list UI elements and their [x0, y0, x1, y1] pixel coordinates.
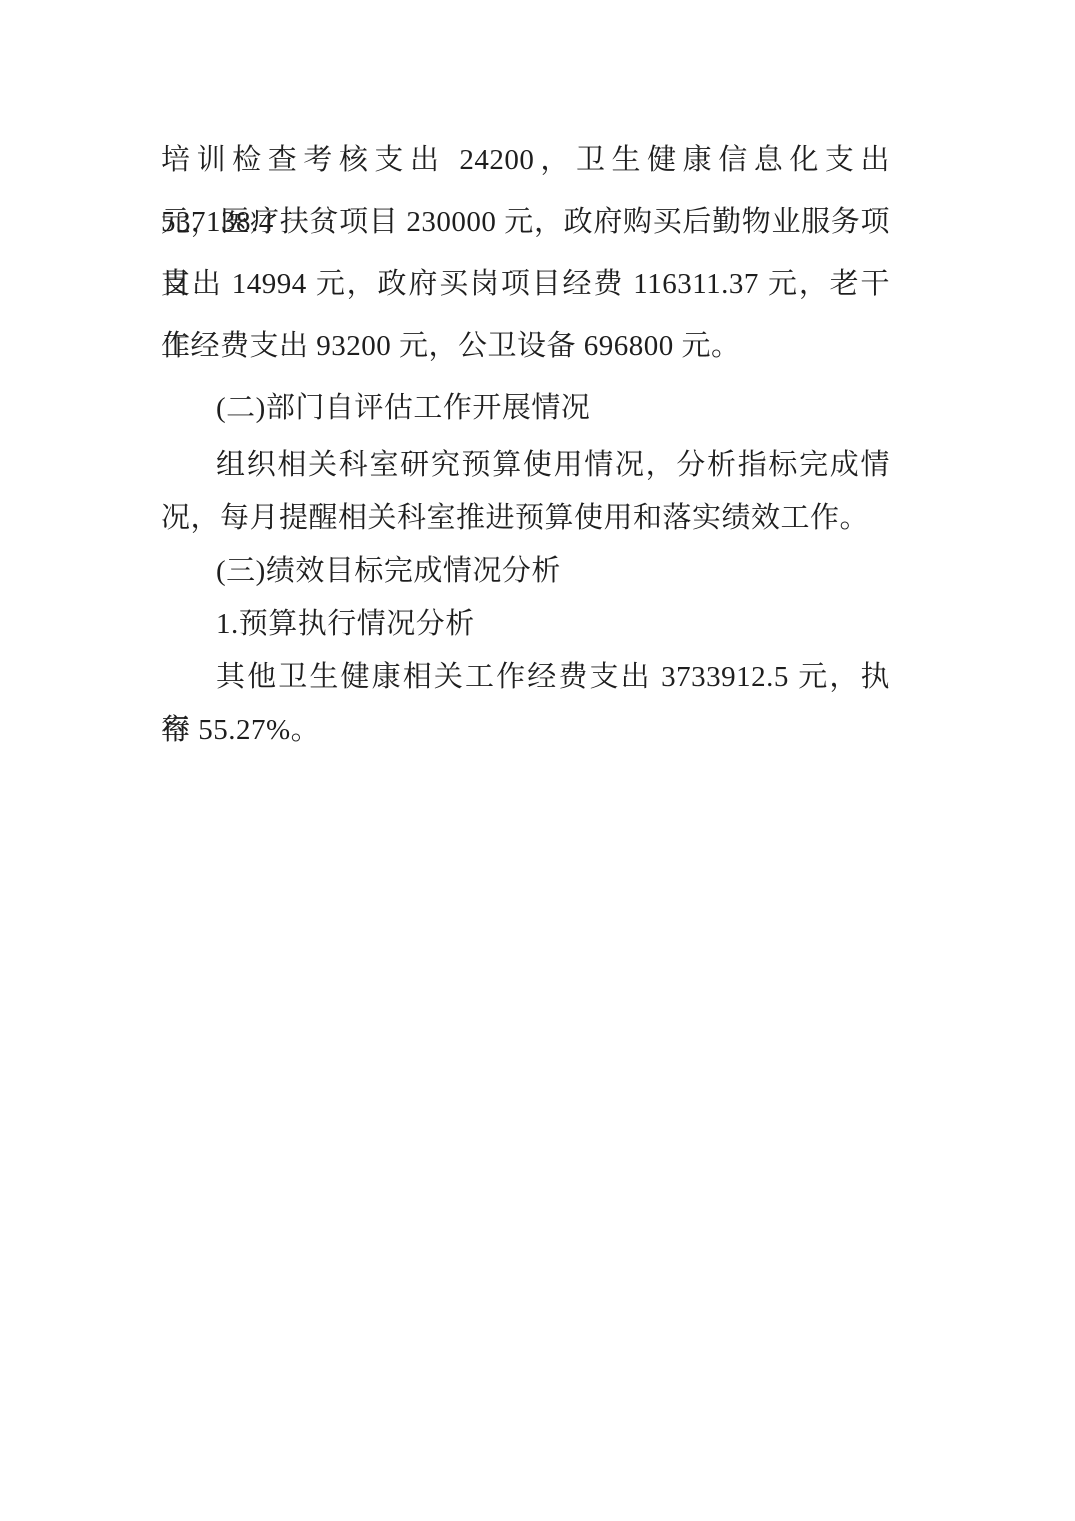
text-line: (二)部门自评估工作开展情况 — [161, 377, 890, 439]
paragraph-heading: (三)绩效目标完成情况分析 — [161, 545, 890, 598]
document-page: 培训检查考核支出 24200，卫生健康信息化支出 537138.4元，医疗扶贫项… — [0, 0, 1075, 1521]
text-line: 支出 14994 元，政府买岗项目经费 116311.37 元，老干工 — [161, 253, 890, 315]
paragraph-body: 其他卫生健康相关工作经费支出 3733912.5 元，执行率 55.27%。 — [161, 651, 890, 757]
text-line: 元，医疗扶贫项目 230000 元，政府购买后勤物业服务项目 — [161, 191, 890, 253]
paragraph-heading: (二)部门自评估工作开展情况 — [161, 377, 890, 439]
text-line: 1.预算执行情况分析 — [161, 598, 890, 651]
text-line: 其他卫生健康相关工作经费支出 3733912.5 元，执行 — [161, 651, 890, 704]
text-line: 组织相关科室研究预算使用情况，分析指标完成情 — [161, 439, 890, 492]
document-body: 培训检查考核支出 24200，卫生健康信息化支出 537138.4元，医疗扶贫项… — [161, 129, 890, 757]
text-line: 培训检查考核支出 24200，卫生健康信息化支出 537138.4 — [161, 129, 890, 191]
paragraph-body: 培训检查考核支出 24200，卫生健康信息化支出 537138.4元，医疗扶贫项… — [161, 129, 890, 377]
paragraph-body: 组织相关科室研究预算使用情况，分析指标完成情况，每月提醒相关科室推进预算使用和落… — [161, 439, 890, 545]
text-line: 作经费支出 93200 元，公卫设备 696800 元。 — [161, 315, 890, 377]
text-line: 况，每月提醒相关科室推进预算使用和落实绩效工作。 — [161, 492, 890, 545]
text-line: (三)绩效目标完成情况分析 — [161, 545, 890, 598]
paragraph-subheading: 1.预算执行情况分析 — [161, 598, 890, 651]
text-line: 率 55.27%。 — [161, 704, 890, 757]
